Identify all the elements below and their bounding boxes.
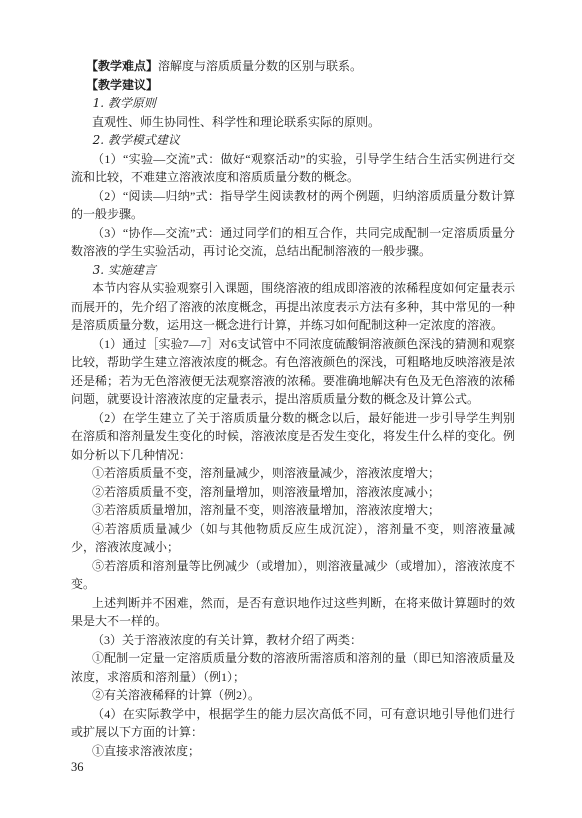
- paragraph: ①直接求溶液浓度；: [71, 742, 515, 761]
- paragraph: ⑤若溶质和溶剂量等比例减少（或增加），则溶液量减少（或增加），溶液浓度不变。: [71, 557, 515, 594]
- paragraph: ①配制一定量一定溶质质量分数的溶液所需溶质和溶剂的量（即已知溶液质量及浓度，求溶…: [71, 649, 515, 686]
- paragraph: （3）关于溶液浓度的有关计算，教材介绍了两类：: [71, 631, 515, 650]
- paragraph: （2）“阅读—归纳”式：指导学生阅读教材的两个例题，归纳溶质质量分数计算的一般步…: [71, 187, 515, 224]
- section-heading: 【教学建议】: [71, 76, 515, 95]
- subsection-heading: 2. 教学模式建议: [71, 131, 515, 150]
- paragraph-lead-label: 【教学难点】: [86, 59, 158, 73]
- paragraph: ③若溶质质量增加，溶剂量不变，则溶液量增加，溶液浓度增大；: [71, 501, 515, 520]
- document-page: 【教学难点】溶解度与溶质质量分数的区别与联系。【教学建议】1. 教学原则直观性、…: [0, 0, 582, 818]
- paragraph: ①若溶质质量不变，溶剂量减少，则溶液量减少，溶液浓度增大；: [71, 464, 515, 483]
- subsection-heading: 1. 教学原则: [71, 94, 515, 113]
- paragraph: （1）通过［实验7—7］对6支试管中不同浓度硫酸铜溶液颜色深浅的猜测和观察比较，…: [71, 335, 515, 409]
- paragraph: （1）“实验—交流”式：做好“观察活动”的实验，引导学生结合生活实例进行交流和比…: [71, 150, 515, 187]
- paragraph: ②若溶质质量不变，溶剂量增加，则溶液量增加，溶液浓度减小；: [71, 483, 515, 502]
- paragraph: ④若溶质质量减少（如与其他物质反应生成沉淀），溶剂量不变，则溶液量减少，溶液浓度…: [71, 520, 515, 557]
- paragraph: 【教学难点】溶解度与溶质质量分数的区别与联系。: [71, 57, 515, 76]
- paragraph: （3）“协作—交流”式：通过同学们的相互合作，共同完成配制一定溶质质量分数溶液的…: [71, 224, 515, 261]
- paragraph: （2）在学生建立了关于溶质质量分数的概念以后，最好能进一步引导学生判别在溶质和溶…: [71, 409, 515, 465]
- paragraph-text: 溶解度与溶质质量分数的区别与联系。: [158, 59, 362, 73]
- paragraph: 本节内容从实验观察引入课题，围绕溶液的组成即溶液的浓稀程度如何定量表示而展开的，…: [71, 279, 515, 335]
- paragraph: （4）在实际教学中，根据学生的能力层次高低不同，可有意识地引导他们进行或扩展以下…: [71, 705, 515, 742]
- paragraph: ②有关溶液稀释的计算（例2）。: [71, 686, 515, 705]
- paragraph: 上述判断并不困难，然而，是否有意识地作过这些判断，在将来做计算题时的效果是大不一…: [71, 594, 515, 631]
- paragraph: 直观性、师生协同性、科学性和理论联系实际的原则。: [71, 113, 515, 132]
- page-number: 36: [71, 758, 84, 776]
- page-content: 【教学难点】溶解度与溶质质量分数的区别与联系。【教学建议】1. 教学原则直观性、…: [71, 57, 515, 760]
- subsection-heading: 3. 实施建言: [71, 261, 515, 280]
